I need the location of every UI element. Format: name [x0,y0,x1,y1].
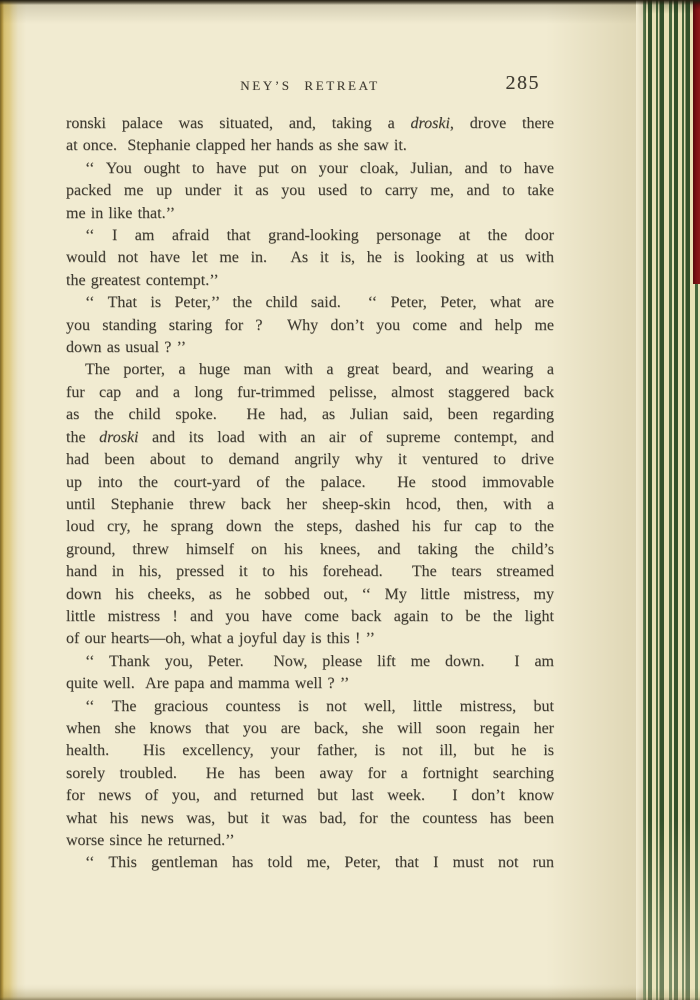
paragraph: ‘‘ I am afraid that grand-looking person… [66,225,554,292]
text-line: the droski and its load with an air of s… [66,427,554,449]
book-cover-strip [693,0,700,284]
text-line: ‘‘ That is Peter,’’ the child said. ‘‘ P… [66,292,554,314]
text-line: ‘‘ This gentleman has told me, Peter, th… [66,852,554,874]
text-line: ‘‘ The gracious countess is not well, li… [66,696,554,718]
text-line: you standing staring for ? Why don’t you… [66,315,554,337]
paragraph: The porter, a huge man with a great bear… [66,359,554,650]
page-header: NEY’S RETREAT 285 [66,72,554,108]
text-line: little mistress ! and you have come back… [66,606,554,628]
text-line: packed me up under it as you used to car… [66,180,554,202]
text-line: the greatest contempt.’’ [66,270,554,292]
text-line: ‘‘ I am afraid that grand-looking person… [66,225,554,247]
text-line: me in like that.’’ [66,203,554,225]
page-content: NEY’S RETREAT 285 ronski palace was situ… [66,72,554,875]
page-gutter-edge [0,0,18,1000]
text-line: quite well. Are papa and mamma well ? ’’ [66,673,554,695]
text-line: for news of you, and returned but last w… [66,785,554,807]
text-line: ronski palace was situated, and, taking … [66,113,554,135]
page-top-edge [0,0,700,5]
fore-edge-pages [643,0,700,1000]
text-line: ‘‘ You ought to have put on your cloak, … [66,158,554,180]
text-line: until Stephanie threw back her sheep-ski… [66,494,554,516]
running-title: NEY’S RETREAT [240,78,379,94]
text-line: what his news was, but it was bad, for t… [66,808,554,830]
page-body: ronski palace was situated, and, taking … [66,113,554,875]
page-number: 285 [506,72,541,95]
text-line: down as usual ? ’’ [66,337,554,359]
text-line: ground, threw himself on his knees, and … [66,539,554,561]
paragraph: ‘‘ That is Peter,’’ the child said. ‘‘ P… [66,292,554,359]
text-line: sorely troubled. He has been away for a … [66,763,554,785]
text-line: down his cheeks, as he sobbed out, ‘‘ My… [66,584,554,606]
text-line: of our hearts—oh, what a joyful day is t… [66,628,554,650]
paragraph: ‘‘ You ought to have put on your cloak, … [66,158,554,225]
text-line: at once. Stephanie clapped her hands as … [66,135,554,157]
text-line: The porter, a huge man with a great bear… [66,359,554,381]
text-line: loud cry, he sprang down the steps, dash… [66,516,554,538]
paragraph: ronski palace was situated, and, taking … [66,113,554,158]
paragraph: ‘‘ This gentleman has told me, Peter, th… [66,852,554,874]
text-line: would not have let me in. As it is, he i… [66,247,554,269]
text-line: worse since he returned.’’ [66,830,554,852]
paragraph: ‘‘ The gracious countess is not well, li… [66,696,554,853]
text-line: up into the court-yard of the palace. He… [66,472,554,494]
text-line: as the child spoke. He had, as Julian sa… [66,404,554,426]
text-line: had been about to demand angrily why it … [66,449,554,471]
text-line: when she knows that you are back, she wi… [66,718,554,740]
book-scan: NEY’S RETREAT 285 ronski palace was situ… [0,0,700,1000]
page-bottom-edge [0,988,700,1000]
text-line: ‘‘ Thank you, Peter. Now, please lift me… [66,651,554,673]
text-line: fur cap and a long fur-trimmed pelisse, … [66,382,554,404]
text-line: health. His excellency, your father, is … [66,740,554,762]
text-line: hand in his, pressed it to his forehead.… [66,561,554,583]
paragraph: ‘‘ Thank you, Peter. Now, please lift me… [66,651,554,696]
